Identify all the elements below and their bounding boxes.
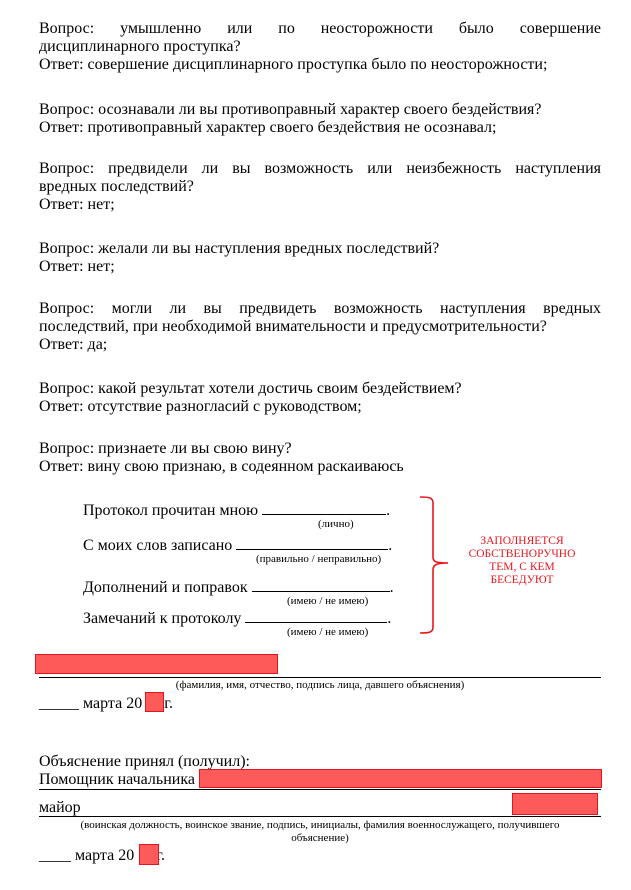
confirmation-additions: Дополнений и поправок .: [83, 577, 394, 597]
confirmation-recorded: С моих слов записано .: [83, 535, 392, 555]
rank-line: [39, 816, 601, 817]
confirmation-label: Протокол прочитан мною: [83, 502, 258, 519]
hint-text: (лично): [318, 518, 354, 530]
hint-text: (имею / не имею): [287, 626, 368, 638]
confirmation-label: С моих слов записано: [83, 537, 232, 554]
question-text: вредных последствий?: [39, 178, 601, 196]
hint-text: (правильно / неправильно): [256, 553, 381, 565]
answer-text: Ответ: противоправный характер своего бе…: [39, 119, 601, 137]
period: .: [387, 610, 391, 627]
receiver-position: Помощник начальника: [39, 771, 195, 789]
qa-item: Вопрос: могли ли вы предвидеть возможнос…: [39, 300, 601, 354]
signer-caption: (фамилия, имя, отчество, подпись лица, д…: [39, 679, 601, 692]
question-text: дисциплинарного проступка?: [39, 38, 601, 56]
fill-blank[interactable]: [236, 535, 388, 550]
date-prefix: ____ марта 20: [39, 847, 134, 864]
answer-text: Ответ: отсутствие разногласий с руководс…: [39, 398, 601, 416]
qa-item: Вопрос: предвидели ли вы возможность или…: [39, 160, 601, 214]
confirmation-label: Замечаний к протоколу: [83, 610, 241, 627]
qa-item: Вопрос: осознавали ли вы противоправный …: [39, 101, 601, 137]
question-text: Вопрос: признаете ли вы свою вину?: [39, 440, 601, 458]
period: .: [388, 537, 392, 554]
answer-text: Ответ: да;: [39, 336, 601, 354]
redacted-year: [145, 692, 164, 712]
receiver-rank: майор: [39, 799, 81, 817]
question-text: Вопрос: предвидели ли вы возможность или…: [39, 160, 601, 178]
curly-brace-icon: [418, 495, 452, 637]
answer-text: Ответ: вину свою признаю, в содеянном ра…: [39, 458, 601, 476]
answer-text: Ответ: нет;: [39, 258, 601, 276]
answer-text: Ответ: совершение дисциплинарного просту…: [39, 56, 601, 74]
question-text: Вопрос: какой результат хотели достичь с…: [39, 380, 601, 398]
qa-item: Вопрос: умышленно или по неосторожности …: [39, 20, 601, 74]
receiver-caption-line: (воинская должность, воинское звание, по…: [30, 819, 610, 832]
question-text: Вопрос: осознавали ли вы противоправный …: [39, 101, 601, 119]
answer-text: Ответ: нет;: [39, 196, 601, 214]
period: .: [390, 579, 394, 596]
redacted-block: [35, 654, 278, 674]
fill-blank[interactable]: [252, 577, 390, 592]
confirmation-remarks: Замечаний к протоколу .: [83, 608, 391, 628]
redacted-block: [199, 769, 602, 788]
question-text: Вопрос: желали ли вы наступления вредных…: [39, 240, 601, 258]
fill-blank[interactable]: [245, 608, 387, 623]
period: .: [386, 502, 390, 519]
position-line: [39, 789, 601, 790]
redacted-block: [512, 793, 598, 815]
fill-blank[interactable]: [262, 500, 386, 515]
handwritten-note: ЗАПОЛНЯЕТСЯ СОБСТВЕНОРУЧНО ТЕМ, С КЕМ БЕ…: [462, 535, 582, 587]
receiver-caption: (воинская должность, воинское звание, по…: [30, 819, 610, 845]
date-suffix: г.: [164, 695, 173, 712]
question-text: Вопрос: умышленно или по неосторожности …: [39, 20, 601, 38]
hint-text: (имею / не имею): [287, 595, 368, 607]
signature-line: [39, 677, 601, 678]
qa-item: Вопрос: признаете ли вы свою вину? Ответ…: [39, 440, 601, 476]
redacted-year: [139, 844, 159, 865]
date-prefix: _____ марта 20: [39, 695, 142, 712]
qa-item: Вопрос: желали ли вы наступления вредных…: [39, 240, 601, 276]
qa-item: Вопрос: какой результат хотели достичь с…: [39, 380, 601, 416]
question-text: последствий, при необходимой внимательно…: [39, 318, 601, 336]
confirmation-label: Дополнений и поправок: [83, 579, 248, 596]
question-text: Вопрос: могли ли вы предвидеть возможнос…: [39, 300, 601, 318]
confirmation-read: Протокол прочитан мною .: [83, 500, 390, 520]
receiver-caption-line: объяснение): [30, 832, 610, 845]
